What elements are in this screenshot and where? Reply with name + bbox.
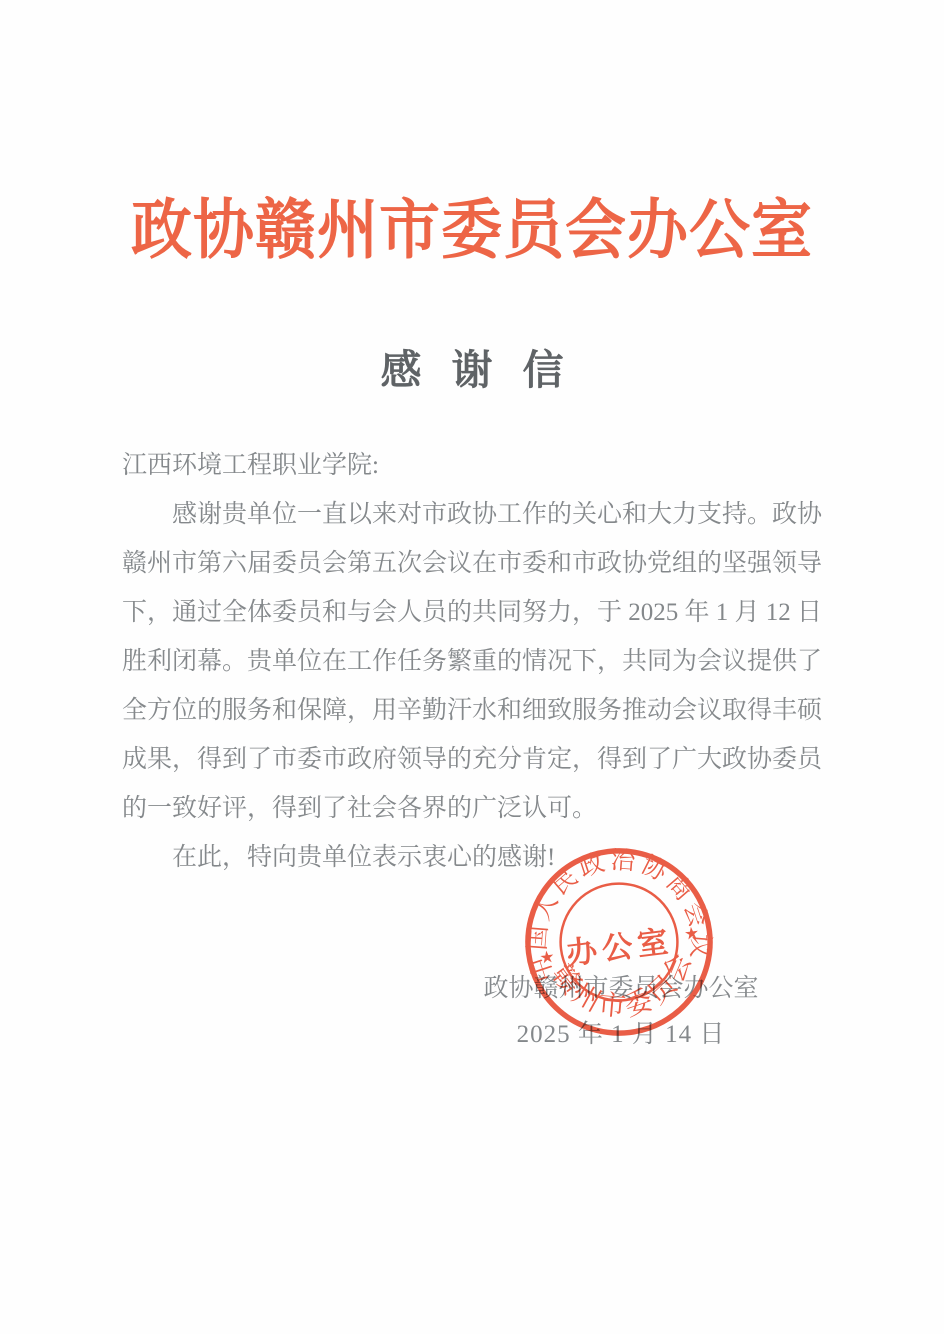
seal-star-left-icon: ★: [538, 947, 555, 968]
official-seal: 中国人民政治协商会议 赣州市委员会 办公室 ★ ★: [509, 832, 730, 1053]
letter-page: 政协赣州市委员会办公室 感谢信 江西环境工程职业学院: 感谢贵单位一直以来对市政…: [0, 0, 944, 1334]
seal-star-right-icon: ★: [683, 923, 700, 944]
letterhead-title: 政协赣州市委员会办公室: [0, 187, 944, 276]
letter-body: 江西环境工程职业学院: 感谢贵单位一直以来对市政协工作的关心和大力支持。政协赣州…: [122, 441, 822, 882]
salutation: 江西环境工程职业学院:: [122, 441, 822, 490]
body-paragraph-2: 在此，特向贵单位表示衷心的感谢!: [122, 833, 822, 882]
letter-title: 感谢信: [0, 342, 944, 398]
body-paragraph-1: 感谢贵单位一直以来对市政协工作的关心和大力支持。政协赣州市第六届委员会第五次会议…: [122, 490, 822, 833]
seal-center-text: 办公室: [565, 924, 675, 971]
